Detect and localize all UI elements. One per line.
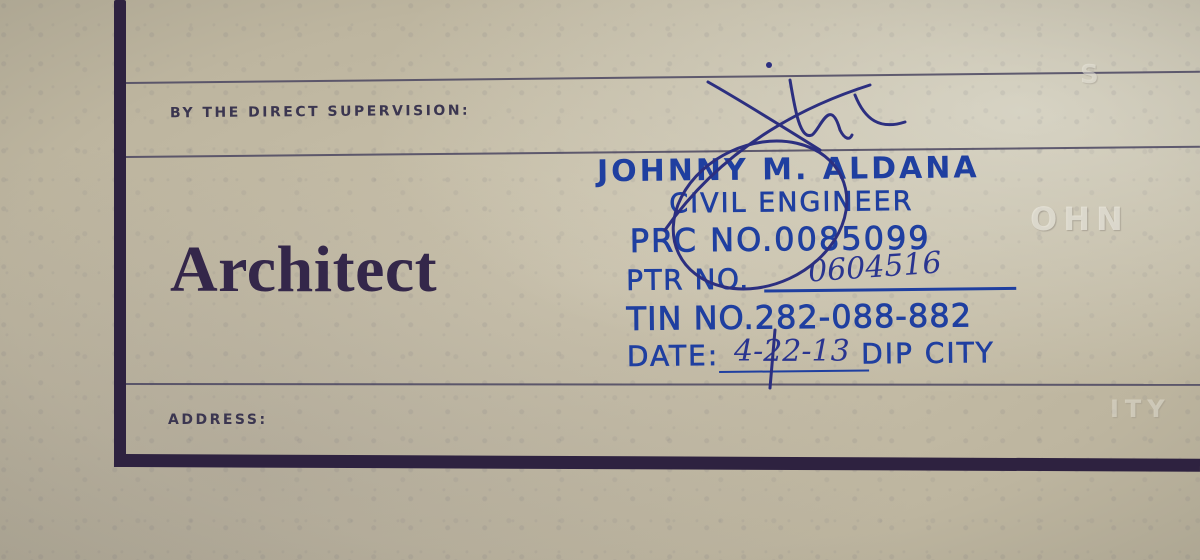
stamp-tin-number: TIN NO.282-088-882: [626, 296, 972, 338]
ptr-underline: [764, 287, 1016, 293]
stamp-date-suffix: DIP CITY: [861, 336, 995, 370]
role-heading: Architect: [170, 232, 437, 308]
title-block-bottom-border: [114, 454, 1200, 472]
stamp-title: CIVIL ENGINEER: [669, 186, 913, 220]
title-block-left-border: [114, 0, 126, 466]
stamp-name: JOHNNY M. ALDANA: [597, 150, 980, 189]
stamp-date-label: DATE:: [627, 339, 720, 373]
embossed-seal-fragment: S: [1080, 60, 1105, 90]
date-underline: [719, 369, 869, 373]
stamp-ptr-label: PTR NO.: [626, 263, 750, 297]
handwritten-date: 4-22-13: [734, 334, 850, 369]
rule-top: [126, 71, 1200, 84]
embossed-seal-fragment: OHN: [1030, 200, 1129, 238]
embossed-seal-fragment: ITY: [1110, 395, 1171, 423]
address-label: ADDRESS:: [168, 412, 268, 428]
supervision-label: BY THE DIRECT SUPERVISION:: [170, 103, 470, 122]
